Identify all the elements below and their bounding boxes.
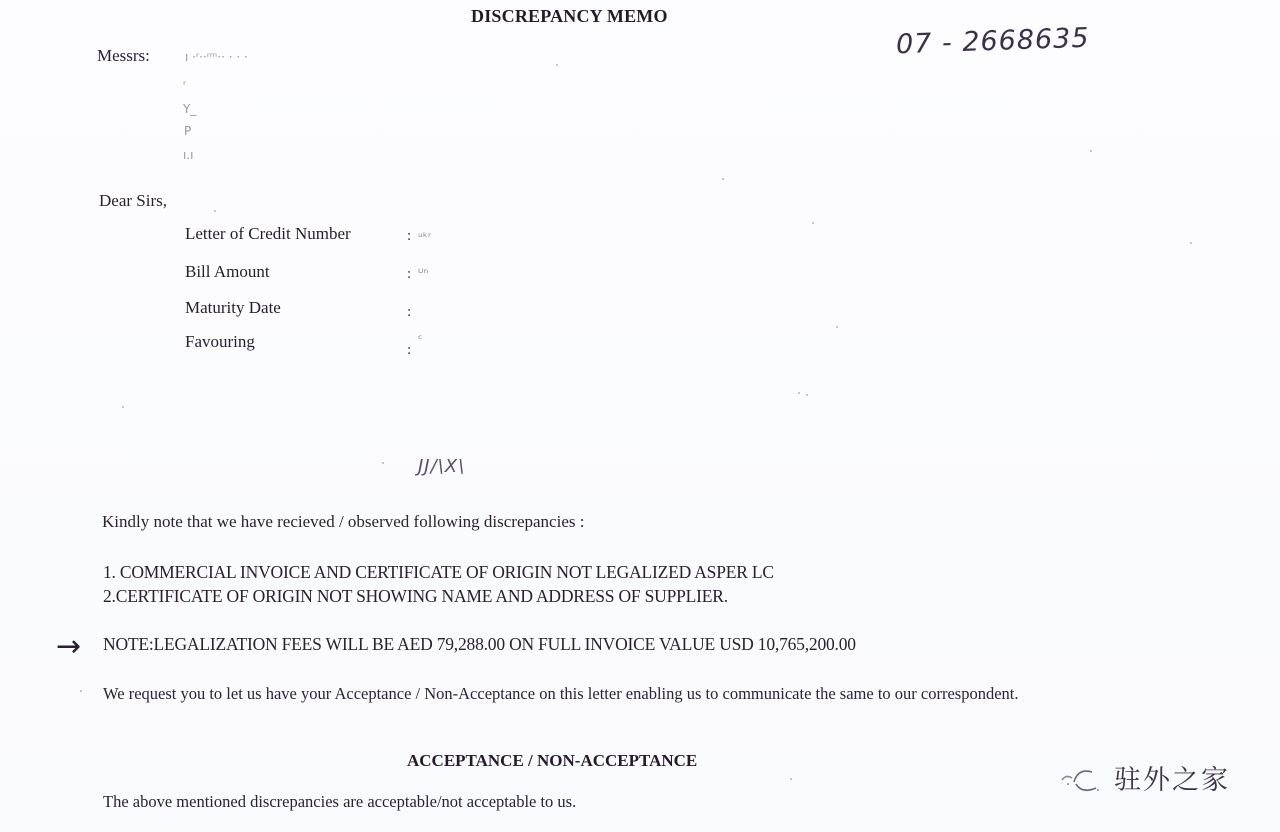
scan-speck [1090, 150, 1092, 152]
scan-speck [790, 778, 792, 780]
field-value-lc-number-redacted: ᵘᵏʳ [418, 230, 431, 244]
scan-speck [722, 178, 724, 180]
acceptance-request-paragraph: We request you to let us have your Accep… [103, 682, 1103, 706]
scan-speck [1190, 242, 1192, 244]
discrepancy-item: 1. COMMERCIAL INVOICE AND CERTIFICATE OF… [103, 562, 774, 583]
field-label-bill-amount: Bill Amount [185, 262, 270, 282]
scan-speck [556, 64, 558, 66]
scan-speck [214, 210, 216, 212]
field-separator: : [407, 266, 411, 283]
scan-speck [836, 326, 838, 328]
legalization-fee-note: NOTE:LEGALIZATION FEES WILL BE AED 79,28… [103, 634, 856, 655]
addressee-line-redacted: ʳ [183, 78, 186, 92]
addressee-line-redacted: ı ·ʳ··ʳᵐ·· · · · [185, 50, 248, 64]
field-separator: : [407, 342, 411, 359]
handwritten-arrow-icon: → [56, 632, 81, 662]
handwritten-mark: JJ/\X\ [418, 456, 465, 477]
scan-speck [798, 392, 800, 394]
field-value-bill-amount-redacted: ᵁⁿ [418, 266, 428, 280]
field-value-favouring-redacted: ᶜ [418, 332, 422, 346]
scan-speck [122, 406, 124, 408]
scanned-document-page: DISCREPANCY MEMO 07 - 2668635 Messrs: ı … [0, 0, 1280, 832]
acceptance-heading: ACCEPTANCE / NON-ACCEPTANCE [407, 751, 697, 771]
field-separator: : [407, 304, 411, 321]
wechat-logo-icon [1058, 760, 1102, 796]
field-label-maturity-date: Maturity Date [185, 298, 281, 318]
watermark: 驻外之家 [1058, 758, 1230, 797]
document-title: DISCREPANCY MEMO [471, 6, 668, 27]
discrepancies-intro: Kindly note that we have recieved / obse… [102, 512, 584, 532]
messrs-label: Messrs: [97, 46, 150, 66]
field-separator: : [407, 228, 411, 245]
scan-speck [812, 222, 814, 224]
addressee-line-redacted: P [184, 124, 191, 138]
addressee-line-redacted: ı.ı [183, 148, 193, 162]
addressee-line-redacted: Y_ [183, 102, 196, 116]
scan-speck [80, 690, 82, 692]
salutation: Dear Sirs, [99, 191, 167, 211]
discrepancy-item: 2.CERTIFICATE OF ORIGIN NOT SHOWING NAME… [103, 586, 728, 607]
scan-speck [382, 462, 384, 464]
handwritten-reference-number: 07 - 2668635 [896, 23, 1090, 61]
scan-speck [806, 394, 808, 396]
field-label-lc-number: Letter of Credit Number [185, 224, 351, 244]
acceptance-statement: The above mentioned discrepancies are ac… [103, 792, 576, 812]
watermark-text: 驻外之家 [1114, 758, 1230, 797]
field-label-favouring: Favouring [185, 332, 255, 352]
